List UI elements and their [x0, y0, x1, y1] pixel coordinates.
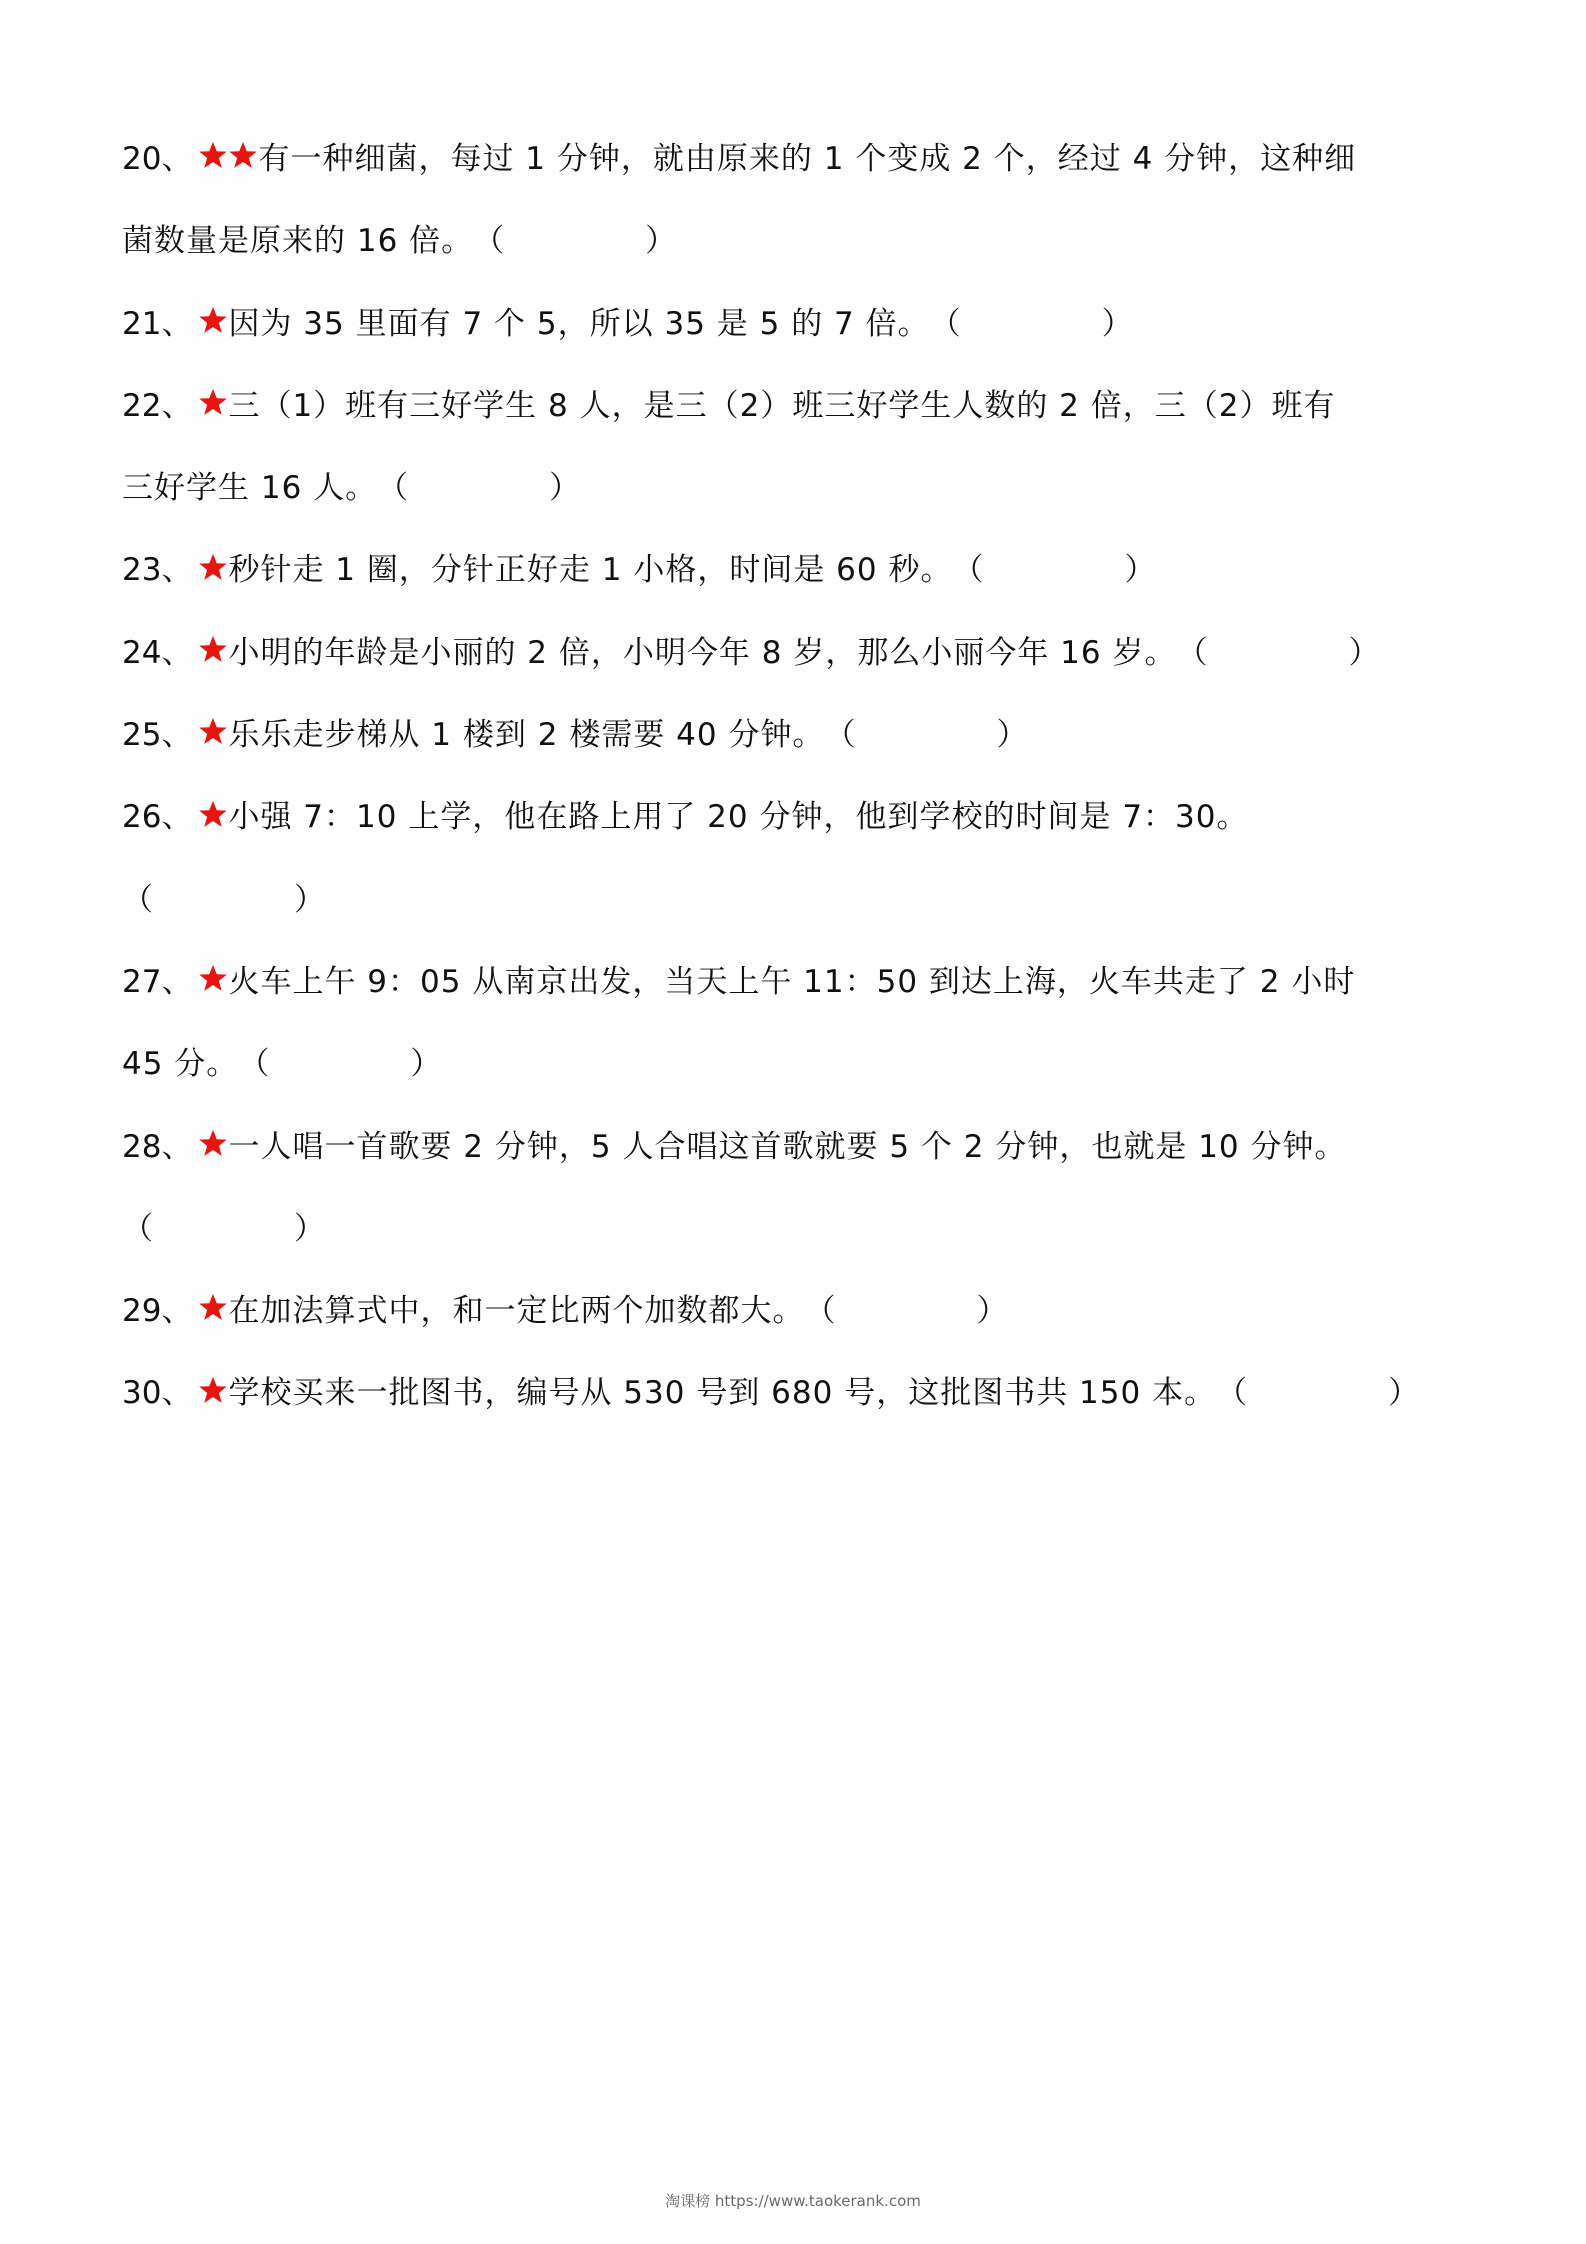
- question-text: 学校买来一批图书，编号从 530 号到 680 号，这批图书共 150 本。: [228, 1352, 1216, 1434]
- question-text: 小明的年龄是小丽的 2 倍，小明今年 8 岁，那么小丽今年 16 岁。: [228, 612, 1176, 694]
- close-paren: ）: [996, 694, 1028, 776]
- difficulty-stars: [198, 1136, 228, 1158]
- open-paren: （: [804, 1270, 836, 1352]
- open-paren: （: [930, 283, 962, 365]
- answer-blank[interactable]: （）: [377, 447, 581, 529]
- question-text: 乐乐走步梯从 1 楼到 2 楼需要 40 分钟。: [228, 694, 824, 776]
- question-number: 25、: [122, 694, 192, 776]
- question-20-line-2: 菌数量是原来的 16 倍。 （）: [122, 200, 1502, 282]
- question-number: 23、: [122, 529, 192, 611]
- question-number: 29、: [122, 1270, 192, 1352]
- star-icon: [198, 387, 228, 417]
- question-number: 28、: [122, 1106, 192, 1188]
- close-paren: ）: [645, 200, 677, 282]
- open-paren: （: [238, 1023, 270, 1105]
- question-20-line-1: 20、 有一种细菌，每过 1 分钟，就由原来的 1 个变成 2 个，经过 4 分…: [122, 118, 1502, 200]
- question-list: 20、 有一种细菌，每过 1 分钟，就由原来的 1 个变成 2 个，经过 4 分…: [122, 118, 1502, 1435]
- question-number: 21、: [122, 283, 192, 365]
- close-paren: ）: [549, 447, 581, 529]
- answer-blank[interactable]: （）: [952, 529, 1156, 611]
- question-22-line-2: 三好学生 16 人。 （）: [122, 447, 1502, 529]
- star-icon: [198, 1292, 228, 1322]
- difficulty-stars: [198, 148, 258, 170]
- question-29-line-1: 29、 在加法算式中，和一定比两个加数都大。 （）: [122, 1270, 1502, 1352]
- close-paren: ）: [1348, 612, 1380, 694]
- question-text: 三好学生 16 人。: [122, 447, 377, 529]
- close-paren: ）: [976, 1270, 1008, 1352]
- question-28-line-1: 28、 一人唱一首歌要 2 分钟，5 人合唱这首歌就要 5 个 2 分钟，也就是…: [122, 1106, 1502, 1188]
- footer-watermark: 淘课榜 https://www.taokerank.com: [0, 2190, 1586, 2211]
- star-icon: [198, 140, 228, 170]
- close-paren: ）: [1388, 1352, 1420, 1434]
- star-icon: [198, 634, 228, 664]
- question-26-line-2: （）: [122, 859, 1502, 941]
- question-text: 45 分。: [122, 1023, 238, 1105]
- close-paren: ）: [294, 1188, 326, 1270]
- star-icon: [198, 1375, 228, 1405]
- question-number: 24、: [122, 612, 192, 694]
- question-text: 一人唱一首歌要 2 分钟，5 人合唱这首歌就要 5 个 2 分钟，也就是 10 …: [228, 1106, 1346, 1188]
- star-icon: [198, 305, 228, 335]
- difficulty-stars: [198, 971, 228, 993]
- close-paren: ）: [294, 859, 326, 941]
- difficulty-stars: [198, 395, 228, 417]
- open-paren: （: [1216, 1352, 1248, 1434]
- difficulty-stars: [198, 1383, 228, 1405]
- question-number: 20、: [122, 118, 192, 200]
- open-paren: （: [824, 694, 856, 776]
- answer-blank[interactable]: （）: [122, 1188, 326, 1270]
- answer-blank[interactable]: （）: [122, 859, 326, 941]
- question-27-line-1: 27、 火车上午 9：05 从南京出发，当天上午 11：50 到达上海，火车共走…: [122, 941, 1502, 1023]
- question-25-line-1: 25、 乐乐走步梯从 1 楼到 2 楼需要 40 分钟。 （）: [122, 694, 1502, 776]
- answer-blank[interactable]: （）: [930, 283, 1134, 365]
- question-28-line-2: （）: [122, 1188, 1502, 1270]
- question-27-line-2: 45 分。 （）: [122, 1023, 1502, 1105]
- question-22-line-1: 22、 三（1）班有三好学生 8 人，是三（2）班三好学生人数的 2 倍，三（2…: [122, 365, 1502, 447]
- close-paren: ）: [1124, 529, 1156, 611]
- question-number: 22、: [122, 365, 192, 447]
- difficulty-stars: [198, 642, 228, 664]
- difficulty-stars: [198, 560, 228, 582]
- answer-blank[interactable]: （）: [238, 1023, 442, 1105]
- worksheet-page: 20、 有一种细菌，每过 1 分钟，就由原来的 1 个变成 2 个，经过 4 分…: [0, 0, 1586, 2244]
- open-paren: （: [1176, 612, 1208, 694]
- question-number: 26、: [122, 776, 192, 858]
- star-icon: [198, 1128, 228, 1158]
- difficulty-stars: [198, 807, 228, 829]
- question-number: 30、: [122, 1352, 192, 1434]
- open-paren: （: [377, 447, 409, 529]
- star-icon: [198, 552, 228, 582]
- question-text: 因为 35 里面有 7 个 5，所以 35 是 5 的 7 倍。: [228, 283, 929, 365]
- open-paren: （: [952, 529, 984, 611]
- answer-blank[interactable]: （）: [804, 1270, 1008, 1352]
- question-text: 有一种细菌，每过 1 分钟，就由原来的 1 个变成 2 个，经过 4 分钟，这种…: [258, 118, 1356, 200]
- difficulty-stars: [198, 724, 228, 746]
- star-icon: [228, 140, 258, 170]
- question-text: 在加法算式中，和一定比两个加数都大。: [228, 1270, 804, 1352]
- difficulty-stars: [198, 1300, 228, 1322]
- open-paren: （: [473, 200, 505, 282]
- question-text: 火车上午 9：05 从南京出发，当天上午 11：50 到达上海，火车共走了 2 …: [228, 941, 1355, 1023]
- question-text: 三（1）班有三好学生 8 人，是三（2）班三好学生人数的 2 倍，三（2）班有: [228, 365, 1335, 447]
- question-text: 菌数量是原来的 16 倍。: [122, 200, 473, 282]
- close-paren: ）: [1102, 283, 1134, 365]
- answer-blank[interactable]: （）: [1216, 1352, 1420, 1434]
- answer-blank[interactable]: （）: [1176, 612, 1380, 694]
- question-number: 27、: [122, 941, 192, 1023]
- question-text: 秒针走 1 圈，分针正好走 1 小格，时间是 60 秒。: [228, 529, 952, 611]
- question-21-line-1: 21、 因为 35 里面有 7 个 5，所以 35 是 5 的 7 倍。 （）: [122, 283, 1502, 365]
- question-text: 小强 7：10 上学，他在路上用了 20 分钟，他到学校的时间是 7：30。: [228, 776, 1248, 858]
- star-icon: [198, 799, 228, 829]
- question-26-line-1: 26、 小强 7：10 上学，他在路上用了 20 分钟，他到学校的时间是 7：3…: [122, 776, 1502, 858]
- answer-blank[interactable]: （）: [473, 200, 677, 282]
- close-paren: ）: [410, 1023, 442, 1105]
- open-paren: （: [122, 859, 154, 941]
- question-23-line-1: 23、 秒针走 1 圈，分针正好走 1 小格，时间是 60 秒。 （）: [122, 529, 1502, 611]
- question-24-line-1: 24、 小明的年龄是小丽的 2 倍，小明今年 8 岁，那么小丽今年 16 岁。 …: [122, 612, 1502, 694]
- question-30-line-1: 30、 学校买来一批图书，编号从 530 号到 680 号，这批图书共 150 …: [122, 1352, 1502, 1434]
- star-icon: [198, 963, 228, 993]
- answer-blank[interactable]: （）: [824, 694, 1028, 776]
- difficulty-stars: [198, 313, 228, 335]
- open-paren: （: [122, 1188, 154, 1270]
- star-icon: [198, 716, 228, 746]
